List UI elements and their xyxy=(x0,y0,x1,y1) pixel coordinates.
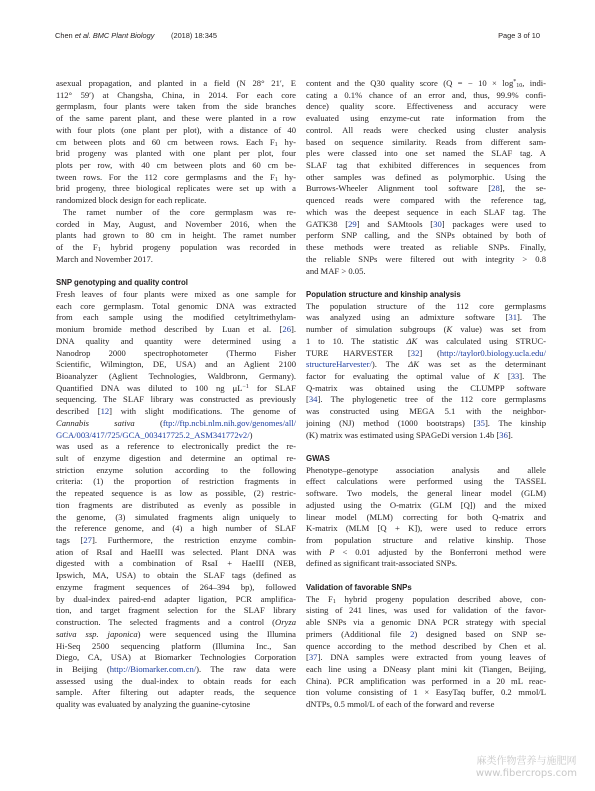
text-line: was constructed using MEGA 5.1 with the … xyxy=(306,406,546,418)
text-line: germplasm, four plants were taken from t… xyxy=(56,101,296,113)
text-line: GATK38 [29] and SAMtools [30] packages w… xyxy=(306,219,546,231)
running-header: Chen et al. BMC Plant Biology (2018) 18:… xyxy=(55,31,540,43)
text-line: K-matrix (MLM [Q + K]), were used to red… xyxy=(306,523,546,535)
text-line: The ramet number of the core germplasm w… xyxy=(56,207,296,219)
text-line: striction enzyme solution according to t… xyxy=(56,465,296,477)
text-line: quality was evaluated by analyzing the g… xyxy=(56,699,296,711)
text-line: Ipswich, MA, USA) to obtain the SLAF tag… xyxy=(56,570,296,582)
text-line: the reference genome, and (4) a high num… xyxy=(56,523,296,535)
text-line: the repeated sequence is as low as possi… xyxy=(56,488,296,500)
reference-link[interactable]: 26 xyxy=(282,324,291,334)
text-line: from population structure and relative k… xyxy=(306,535,546,547)
external-link[interactable]: http://taylor0.biology.ucla.edu/ xyxy=(440,348,546,358)
external-link[interactable]: ftp://ftp.ncbi.nlm.nih.gov/genomes/all/ xyxy=(163,418,296,428)
reference-link[interactable]: 31 xyxy=(508,312,517,322)
author-name: Chen xyxy=(55,31,75,40)
text-line: The population structure of the 112 core… xyxy=(306,301,546,313)
text-line: The F1 hybrid progeny population describ… xyxy=(306,594,546,606)
text-line: Hi-Seq 2500 sequencing platform (Illumin… xyxy=(56,641,296,653)
text-line: brid progeny, three biological replicate… xyxy=(56,183,296,195)
text-line: effect calculations were performed using… xyxy=(306,476,546,488)
section-heading-validation: Validation of favorable SNPs xyxy=(306,582,546,594)
text-line: TURE HARVESTER [32] (http://taylor0.biol… xyxy=(306,348,546,360)
section-heading-snp-genotyping: SNP genotyping and quality control xyxy=(56,277,296,289)
text-line: was analyzed using an admixture software… xyxy=(306,312,546,324)
reference-link[interactable]: 33 xyxy=(511,371,520,381)
text-line: of the F1 hybrid progeny population was … xyxy=(56,242,296,254)
text-line: tags [27]. Furthermore, the restriction … xyxy=(56,535,296,547)
text-line: tion volume consisting of 1 × EasyTaq bu… xyxy=(306,687,546,699)
text-line: dence) quality score. Effectiveness and … xyxy=(306,101,546,113)
text-line: DNA quality and quantity were determined… xyxy=(56,336,296,348)
watermark: 麻类作物营养与施肥网 www.fibercrops.com xyxy=(476,756,577,780)
reference-link[interactable]: 36 xyxy=(499,430,508,440)
text-line: content and the Q30 quality score (Q = −… xyxy=(306,78,546,90)
text-line: based on sequence similarity. Reads from… xyxy=(306,137,546,149)
section-heading-population-structure: Population structure and kinship analysi… xyxy=(306,289,546,301)
text-line: 1 to 10. The statistic ΔK was calculated… xyxy=(306,336,546,348)
text-line: Quantified DNA was diluted to 100 ng μL−… xyxy=(56,383,296,395)
text-line: each line using a DNeasy plant mini kit … xyxy=(306,664,546,676)
text-line: of the same parent plant, and these were… xyxy=(56,113,296,125)
journal-title: Chen et al. BMC Plant Biology xyxy=(55,31,154,40)
page-number: Page 3 of 10 xyxy=(498,31,540,40)
text-line: from each sample using the modified cety… xyxy=(56,312,296,324)
text-line: software. Two models, the general linear… xyxy=(306,488,546,500)
text-line: (K) matrix was estimated using SPAGeDi v… xyxy=(306,430,546,442)
text-line: randomized block design for each replica… xyxy=(56,195,296,207)
text-line: monium bromide method described by Luan … xyxy=(56,324,296,336)
text-line: these methods were treated as reliable S… xyxy=(306,242,546,254)
text-line: brid progeny was planted with one plant … xyxy=(56,148,296,160)
text-line: other samples was defined as polymorphic… xyxy=(306,172,546,184)
text-line: corded in May, August, and November 2016… xyxy=(56,219,296,231)
text-line: by dual-index paired-end adapter ligatio… xyxy=(56,594,296,606)
reference-link[interactable]: 28 xyxy=(491,183,500,193)
text-line: enzyme fragment sequences of 264–394 bp)… xyxy=(56,582,296,594)
external-link[interactable]: GCA/003/417/725/GCA_003417725.2_ASM34177… xyxy=(56,430,250,440)
text-line: number of simulation subgroups (K value)… xyxy=(306,324,546,336)
text-line: which was the deepest sequence in each S… xyxy=(306,207,546,219)
text-line: perform SNP calling, and the SNPs obtain… xyxy=(306,230,546,242)
text-line: structureHarvester/). The ΔK was set as … xyxy=(306,359,546,371)
text-line: with P < 0.01 adjusted by the Bonferroni… xyxy=(306,547,546,559)
text-line: tion, and target fragment selection for … xyxy=(56,605,296,617)
paragraph-gap xyxy=(306,570,546,582)
text-line: Bioanalyzer (Aglient Technologies, Waldb… xyxy=(56,371,296,383)
text-line: described [12] with slight modifications… xyxy=(56,406,296,418)
text-line: dNTPs, 0.5 mmol/L of each of the forward… xyxy=(306,699,546,711)
text-line: Burrows-Wheeler Alignment tool software … xyxy=(306,183,546,195)
text-line: Nanodrop 2000 spectrophotometer (Thermo … xyxy=(56,348,296,360)
text-line: quenced reads were compared with the ref… xyxy=(306,195,546,207)
reference-link[interactable]: 29 xyxy=(348,219,357,229)
paragraph-gap xyxy=(56,266,296,278)
text-line: in Beijing (http://Biomarker.com.cn/). T… xyxy=(56,664,296,676)
text-line: criteria: (1) the proportion of restrict… xyxy=(56,476,296,488)
text-line: linear model (MLM) correcting for both Q… xyxy=(306,512,546,524)
text-line: sult of enzyme digestion and determine a… xyxy=(56,453,296,465)
text-line: Q-matrix was obtained using the CLUMPP s… xyxy=(306,383,546,395)
text-line: cating a 0.1% chance of an error and, th… xyxy=(306,90,546,102)
text-line: sativa ssp. japonica) were sequenced usi… xyxy=(56,629,296,641)
reference-link[interactable]: 35 xyxy=(476,418,485,428)
text-line: defined as significant trait-associated … xyxy=(306,558,546,570)
reference-link[interactable]: 30 xyxy=(433,219,442,229)
text-line: Cannabis sativa (ftp://ftp.ncbi.nlm.nih.… xyxy=(56,418,296,430)
text-line: with four plots (one plant per plot), wi… xyxy=(56,125,296,137)
text-line: joining (NJ) method (1000 bootstraps) [3… xyxy=(306,418,546,430)
text-line: sample. After filtering out adapter read… xyxy=(56,687,296,699)
watermark-chinese: 麻类作物营养与施肥网 xyxy=(476,756,577,768)
text-line: primers (Additional file 2) designed bas… xyxy=(306,629,546,641)
text-line: assessed using the dual-index to obtain … xyxy=(56,676,296,688)
text-line: March and November 2017. xyxy=(56,254,296,266)
text-line: able SNPs via a genomic DNA PCR strategy… xyxy=(306,617,546,629)
text-line: the reliable SNPs were filtered out with… xyxy=(306,254,546,266)
text-line: 112° 59′) at Changsha, China, in 2014. F… xyxy=(56,90,296,102)
text-line: digested with a combination of RsaI + Ha… xyxy=(56,558,296,570)
text-line: plots per row, with 40 cm between plots … xyxy=(56,160,296,172)
paragraph-gap xyxy=(306,277,546,289)
text-line: evaluated using enzyme-cut rate informat… xyxy=(306,113,546,125)
et-al: et al. xyxy=(75,31,93,40)
reference-link[interactable]: 32 xyxy=(411,348,420,358)
paragraph-gap xyxy=(306,441,546,453)
text-line: sequencing. The SLAF library was constru… xyxy=(56,394,296,406)
text-line: [34]. The phylogenetic tree of the 112 c… xyxy=(306,394,546,406)
reference-link[interactable]: 34 xyxy=(309,394,318,404)
additional-file-link[interactable]: 2 xyxy=(410,629,414,639)
text-line: GCA/003/417/725/GCA_003417725.2_ASM34177… xyxy=(56,430,296,442)
text-line: plants had grown to 80 cm in height. The… xyxy=(56,230,296,242)
text-line: quence according to the method described… xyxy=(306,641,546,653)
text-line: sisting of 241 lines, was used for valid… xyxy=(306,605,546,617)
text-line: China). PCR amplification was performed … xyxy=(306,676,546,688)
text-line: Diego, CA, USA) at Biomarker Technologie… xyxy=(56,652,296,664)
text-line: [37]. DNA samples were extracted from yo… xyxy=(306,652,546,664)
text-line: each core germplasm. Total genomic DNA w… xyxy=(56,301,296,313)
right-column: content and the Q30 quality score (Q = −… xyxy=(306,78,546,711)
reference-link[interactable]: 37 xyxy=(309,652,318,662)
text-line: factor for evaluating the optimal value … xyxy=(306,371,546,383)
text-line: asexual propagation, and planted in a fi… xyxy=(56,78,296,90)
text-line: SLAF tag that exhibited differences in s… xyxy=(306,160,546,172)
external-link[interactable]: structureHarvester/ xyxy=(306,359,372,369)
text-line: the genome, (3) simulated fragments alig… xyxy=(56,512,296,524)
text-line: Scientific, Wilmington, DE, USA) and an … xyxy=(56,359,296,371)
text-line: construction. The selected fragments and… xyxy=(56,617,296,629)
section-heading-gwas: GWAS xyxy=(306,453,546,465)
left-column: asexual propagation, and planted in a fi… xyxy=(56,78,296,711)
reference-link[interactable]: 12 xyxy=(101,406,110,416)
external-link[interactable]: http://Biomarker.com.cn/ xyxy=(110,664,196,674)
text-line: ples were classed into one set named the… xyxy=(306,148,546,160)
watermark-url: www.fibercrops.com xyxy=(476,768,577,780)
text-line: tion fragments are distributed as evenly… xyxy=(56,500,296,512)
text-line: was used as a reference to electronicall… xyxy=(56,441,296,453)
journal-name: BMC Plant Biology xyxy=(93,31,155,40)
text-line: Phenotype–genotype association analysis … xyxy=(306,465,546,477)
citation: (2018) 18:345 xyxy=(171,31,217,40)
text-line: and MAF > 0.05. xyxy=(306,266,546,278)
text-line: Fresh leaves of four plants were mixed a… xyxy=(56,289,296,301)
text-line: control. All reads were checked using cl… xyxy=(306,125,546,137)
text-line: ation of RsaI and HaeIII was selected. P… xyxy=(56,547,296,559)
text-line: cm between plots and 60 cm between rows.… xyxy=(56,137,296,149)
text-line: adjusted using the O-matrix (GLM [Q]) an… xyxy=(306,500,546,512)
text-line: tween rows. For the 112 core germplasms … xyxy=(56,172,296,184)
reference-link[interactable]: 27 xyxy=(83,535,92,545)
